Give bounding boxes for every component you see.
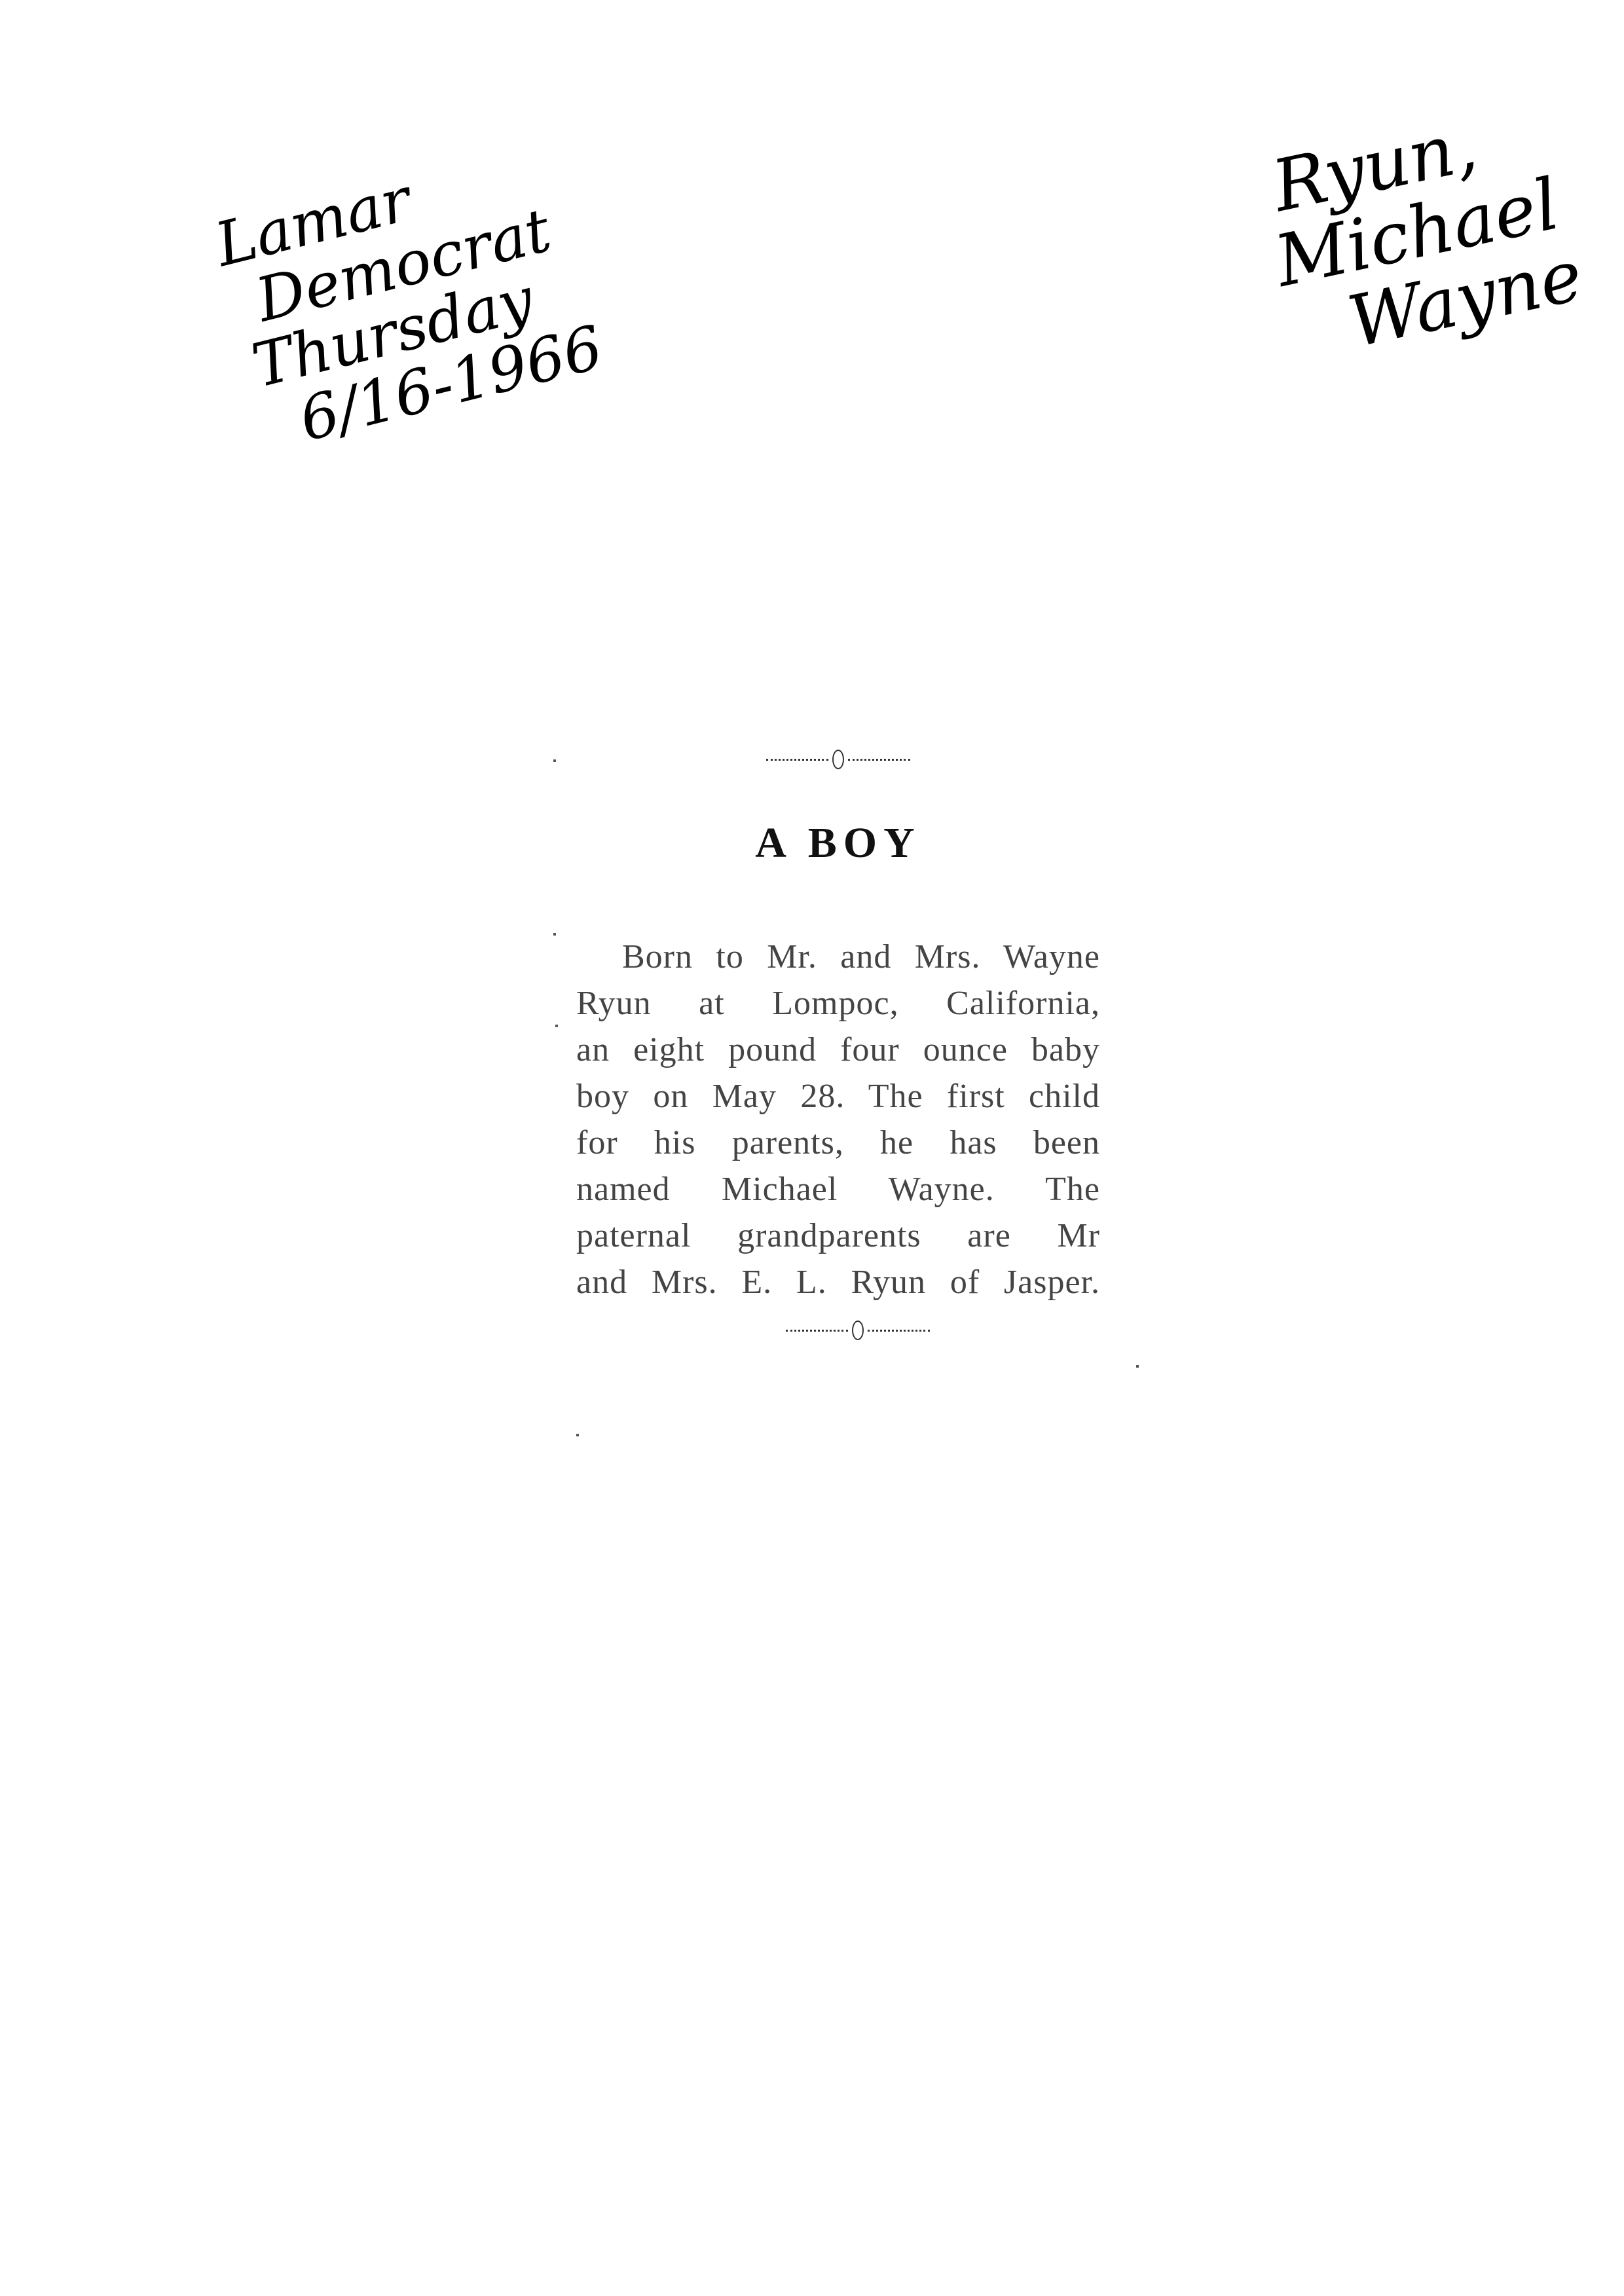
handwritten-subject-note: Ryun, Michael Wayne bbox=[1241, 93, 1589, 375]
scan-speck bbox=[576, 1434, 579, 1436]
article-line: named Michael Wayne. The bbox=[576, 1166, 1100, 1212]
bottom-divider-ornament bbox=[616, 1317, 1100, 1343]
divider-dash-left bbox=[766, 759, 828, 761]
divider-dash-right bbox=[848, 759, 910, 761]
scan-speck bbox=[555, 1025, 558, 1027]
article-line: boy on May 28. The first child bbox=[576, 1073, 1100, 1120]
divider-ring bbox=[832, 750, 844, 769]
article-body: Born to Mr. and Mrs. Wayne Ryun at Lompo… bbox=[576, 934, 1100, 1305]
scan-speck bbox=[1136, 1365, 1139, 1368]
article-line: and Mrs. E. L. Ryun of Jasper. bbox=[576, 1259, 1100, 1305]
article-line: Ryun at Lompoc, California, bbox=[576, 980, 1100, 1027]
divider-dash-right bbox=[868, 1330, 930, 1332]
newspaper-clipping: A BOY Born to Mr. and Mrs. Wayne Ryun at… bbox=[576, 746, 1100, 1343]
article-line: Born to Mr. and Mrs. Wayne bbox=[576, 934, 1100, 980]
divider-dash-left bbox=[786, 1330, 848, 1332]
divider-ring bbox=[852, 1321, 864, 1340]
handwritten-source-note: Lamar Democrat Thursday 6/16-1966 bbox=[210, 132, 609, 462]
article-headline: A BOY bbox=[576, 818, 1100, 868]
scan-speck bbox=[553, 933, 556, 936]
article-line: for his parents, he has been bbox=[576, 1120, 1100, 1166]
top-divider-ornament bbox=[576, 746, 1100, 773]
scan-speck bbox=[553, 759, 556, 762]
article-line: an eight pound four ounce baby bbox=[576, 1027, 1100, 1073]
article-line: paternal grandparents are Mr bbox=[576, 1212, 1100, 1259]
